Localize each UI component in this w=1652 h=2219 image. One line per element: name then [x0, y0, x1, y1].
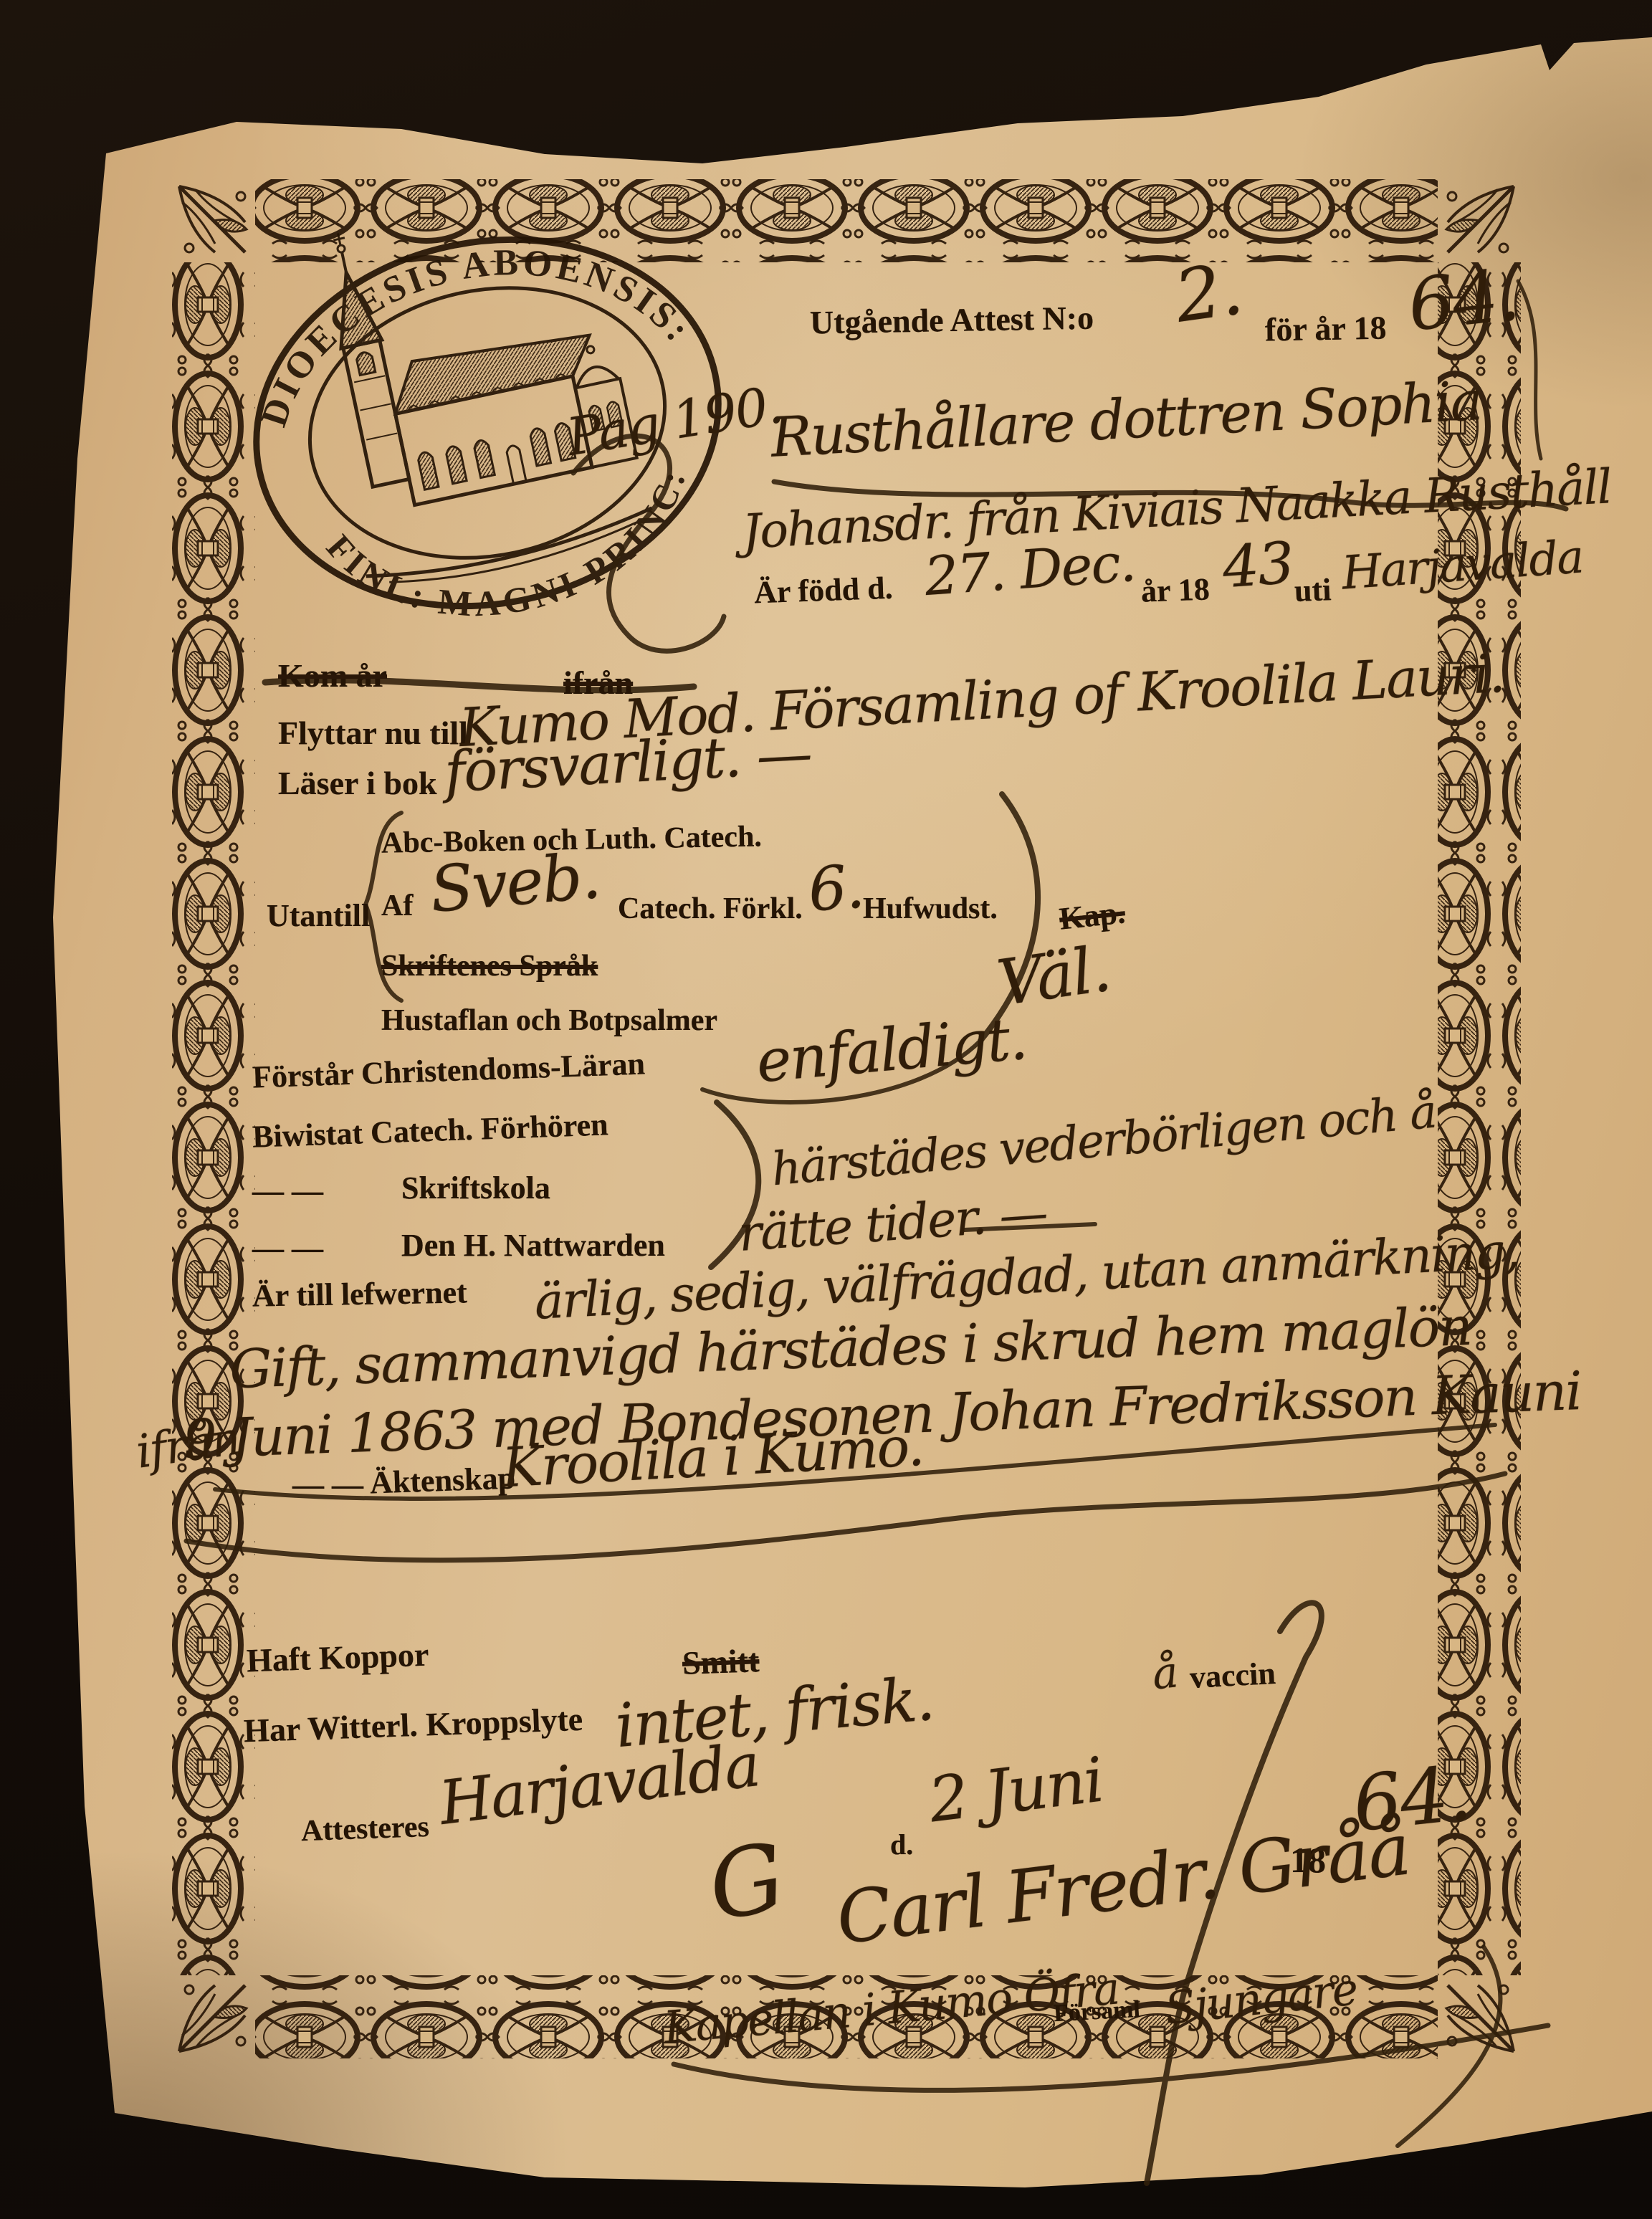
utantill-row2-mid: Catech. Förkl. [618, 892, 803, 926]
utantill-kap-label: Kap. [1058, 894, 1127, 937]
birth-year-value: 43 [1221, 530, 1295, 601]
utantill-label: Utantill [267, 897, 370, 934]
aktenskap-label: Äktenskap [369, 1459, 516, 1501]
moves-label: Flyttar nu till [278, 714, 468, 752]
koppor-label: Haft Koppor [246, 1636, 429, 1680]
utantill-row2-handwritten: Sveb. [427, 839, 602, 927]
nattwarden-label: Den H. Nattwarden [401, 1227, 665, 1264]
birth-year-label: år 18 [1140, 571, 1210, 609]
skriftskola-label: Skriftskola [401, 1170, 550, 1206]
reads-label: Läser i bok [278, 764, 437, 802]
birth-label: Är född d. [753, 570, 893, 611]
came-year-label: Kom år [278, 657, 387, 695]
utantill-row3-struck: Skriftenes Språk [381, 949, 598, 983]
birth-preposition: uti [1294, 571, 1332, 609]
nattwarden-dash: — — [252, 1230, 323, 1266]
vaccin-handwritten-a: å [1150, 1647, 1179, 1699]
photographed-certificate: DIOECESIS ABOENSIS: FINL: MAGNI PRINC: [0, 0, 1652, 2219]
vaccin-label: vaccin [1189, 1655, 1276, 1696]
attestation-d-label: d. [890, 1828, 913, 1861]
utantill-row2-suffix: Hufwudst. [863, 892, 998, 926]
conduct-label: Är till lefwernet [252, 1274, 468, 1314]
aktenskap-dash: — — [292, 1466, 363, 1503]
attest-year-value: 64. [1404, 252, 1522, 347]
utantill-row2-number: 6. [806, 851, 866, 925]
utantill-row2-prefix: Af [381, 889, 413, 923]
utantill-row4: Hustaflan och Botpsalmer [381, 1003, 717, 1038]
smitt-label-struck: Smitt [682, 1641, 760, 1682]
attest-header-label: Utgående Attest N:o [810, 299, 1094, 342]
attest-number: 2. [1170, 247, 1246, 339]
attesteres-label: Attesteres [300, 1810, 429, 1848]
forsaml-label: Församl [1053, 1996, 1141, 2028]
skriftskola-dash: — — [252, 1173, 323, 1209]
attest-year-label: för år 18 [1265, 309, 1387, 349]
